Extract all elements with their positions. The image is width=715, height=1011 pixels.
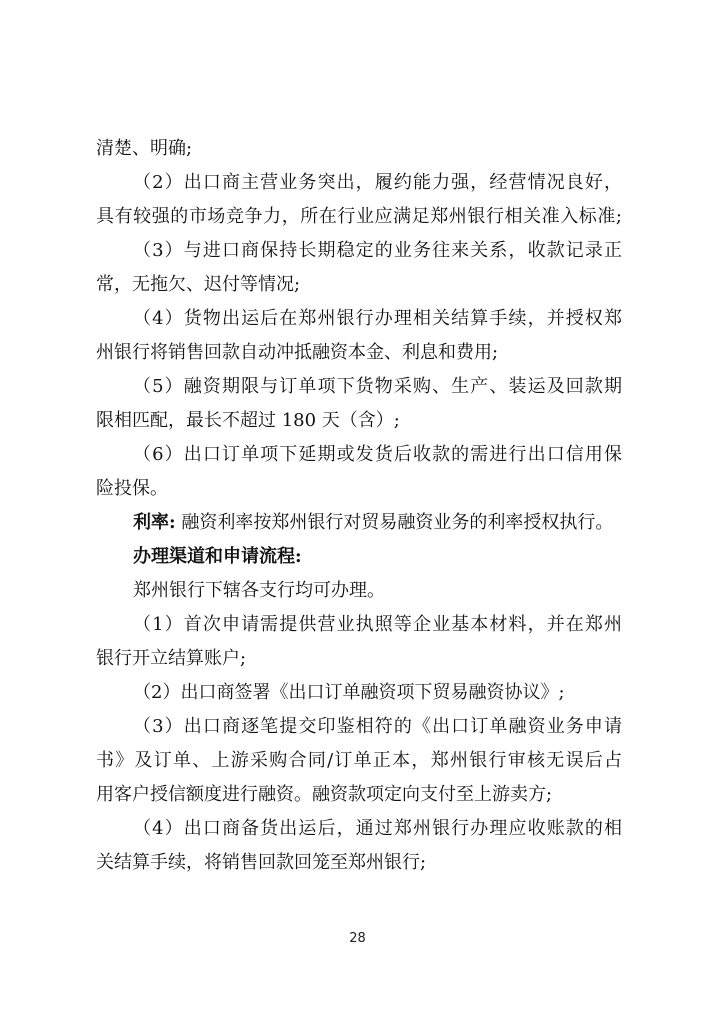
text-line: 清楚、明确; — [96, 132, 622, 166]
text-line-interest-rate: 利率: 融资利率按郑州银行对贸易融资业务的利率授权执行。 — [96, 506, 622, 540]
line-text: 州银行将销售回款自动冲抵融资本金、利息和费用; — [96, 342, 498, 363]
text-line: 常，无拖欠、迟付等情况; — [96, 268, 622, 302]
text-line: 险投保。 — [96, 472, 622, 506]
text-line: （5）融资期限与订单项下货物采购、生产、装运及回款期 — [96, 370, 622, 404]
line-text: 郑州银行下辖各支行均可办理。 — [133, 580, 385, 601]
text-line: （2）出口商签署《出口订单融资项下贸易融资协议》; — [96, 676, 622, 710]
document-body: 清楚、明确; （2）出口商主营业务突出，履约能力强，经营情况良好， 具有较强的市… — [96, 132, 622, 880]
text-line: 关结算手续，将销售回款回笼至郑州银行; — [96, 846, 622, 880]
line-text: 清楚、明确; — [96, 138, 192, 159]
page-number: 28 — [0, 931, 715, 946]
text-line: （3）出口商逐笔提交印鉴相符的《出口订单融资业务申请 — [96, 710, 622, 744]
line-text: 融资利率按郑州银行对贸易融资业务的利率授权执行。 — [176, 512, 614, 533]
line-text: 书》及订单、上游采购合同/订单正本，郑州银行审核无误后占 — [96, 750, 622, 771]
line-text: 限相匹配，最长不超过 180 天（含）; — [96, 410, 400, 431]
text-line: （4）出口商备货出运后，通过郑州银行办理应收账款的相 — [96, 812, 622, 846]
text-line: 州银行将销售回款自动冲抵融资本金、利息和费用; — [96, 336, 622, 370]
line-text: （5）融资期限与订单项下货物采购、生产、装运及回款期 — [133, 376, 622, 397]
line-text: （2）出口商主营业务突出，履约能力强，经营情况良好， — [133, 172, 622, 193]
line-text: 具有较强的市场竞争力，所在行业应满足郑州银行相关准入标准; — [96, 206, 622, 227]
text-line: 郑州银行下辖各支行均可办理。 — [96, 574, 622, 608]
line-bold-text: 办理渠道和申请流程: — [133, 546, 302, 567]
document-page: 清楚、明确; （2）出口商主营业务突出，履约能力强，经营情况良好， 具有较强的市… — [0, 0, 715, 1011]
text-line: （3）与进口商保持长期稳定的业务往来关系，收款记录正 — [96, 234, 622, 268]
line-text: （6）出口订单项下延期或发货后收款的需进行出口信用保 — [133, 444, 622, 465]
text-line: 限相匹配，最长不超过 180 天（含）; — [96, 404, 622, 438]
text-line: （2）出口商主营业务突出，履约能力强，经营情况良好， — [96, 166, 622, 200]
line-text: （1）首次申请需提供营业执照等企业基本材料，并在郑州 — [133, 614, 622, 635]
line-text: （2）出口商签署《出口订单融资项下贸易融资协议》; — [133, 682, 565, 703]
text-line: 具有较强的市场竞争力，所在行业应满足郑州银行相关准入标准; — [96, 200, 622, 234]
text-line: 书》及订单、上游采购合同/订单正本，郑州银行审核无误后占 — [96, 744, 622, 778]
text-line: （1）首次申请需提供营业执照等企业基本材料，并在郑州 — [96, 608, 622, 642]
text-line: （6）出口订单项下延期或发货后收款的需进行出口信用保 — [96, 438, 622, 472]
line-text: （4）出口商备货出运后，通过郑州银行办理应收账款的相 — [133, 818, 622, 839]
line-text: （3）与进口商保持长期稳定的业务往来关系，收款记录正 — [133, 240, 622, 261]
line-text: 银行开立结算账户; — [96, 648, 246, 669]
text-line: （4）货物出运后在郑州银行办理相关结算手续，并授权郑 — [96, 302, 622, 336]
line-text: （4）货物出运后在郑州银行办理相关结算手续，并授权郑 — [133, 308, 622, 329]
line-text: （3）出口商逐笔提交印鉴相符的《出口订单融资业务申请 — [133, 716, 622, 737]
line-text: 常，无拖欠、迟付等情况; — [96, 274, 300, 295]
line-bold-text: 利率: — [133, 512, 176, 533]
text-line-section-heading: 办理渠道和申请流程: — [96, 540, 622, 574]
line-text: 用客户授信额度进行融资。融资款项定向支付至上游卖方; — [96, 784, 552, 805]
line-text: 关结算手续，将销售回款回笼至郑州银行; — [96, 852, 426, 873]
text-line: 银行开立结算账户; — [96, 642, 622, 676]
line-text: 险投保。 — [96, 478, 168, 499]
text-line: 用客户授信额度进行融资。融资款项定向支付至上游卖方; — [96, 778, 622, 812]
